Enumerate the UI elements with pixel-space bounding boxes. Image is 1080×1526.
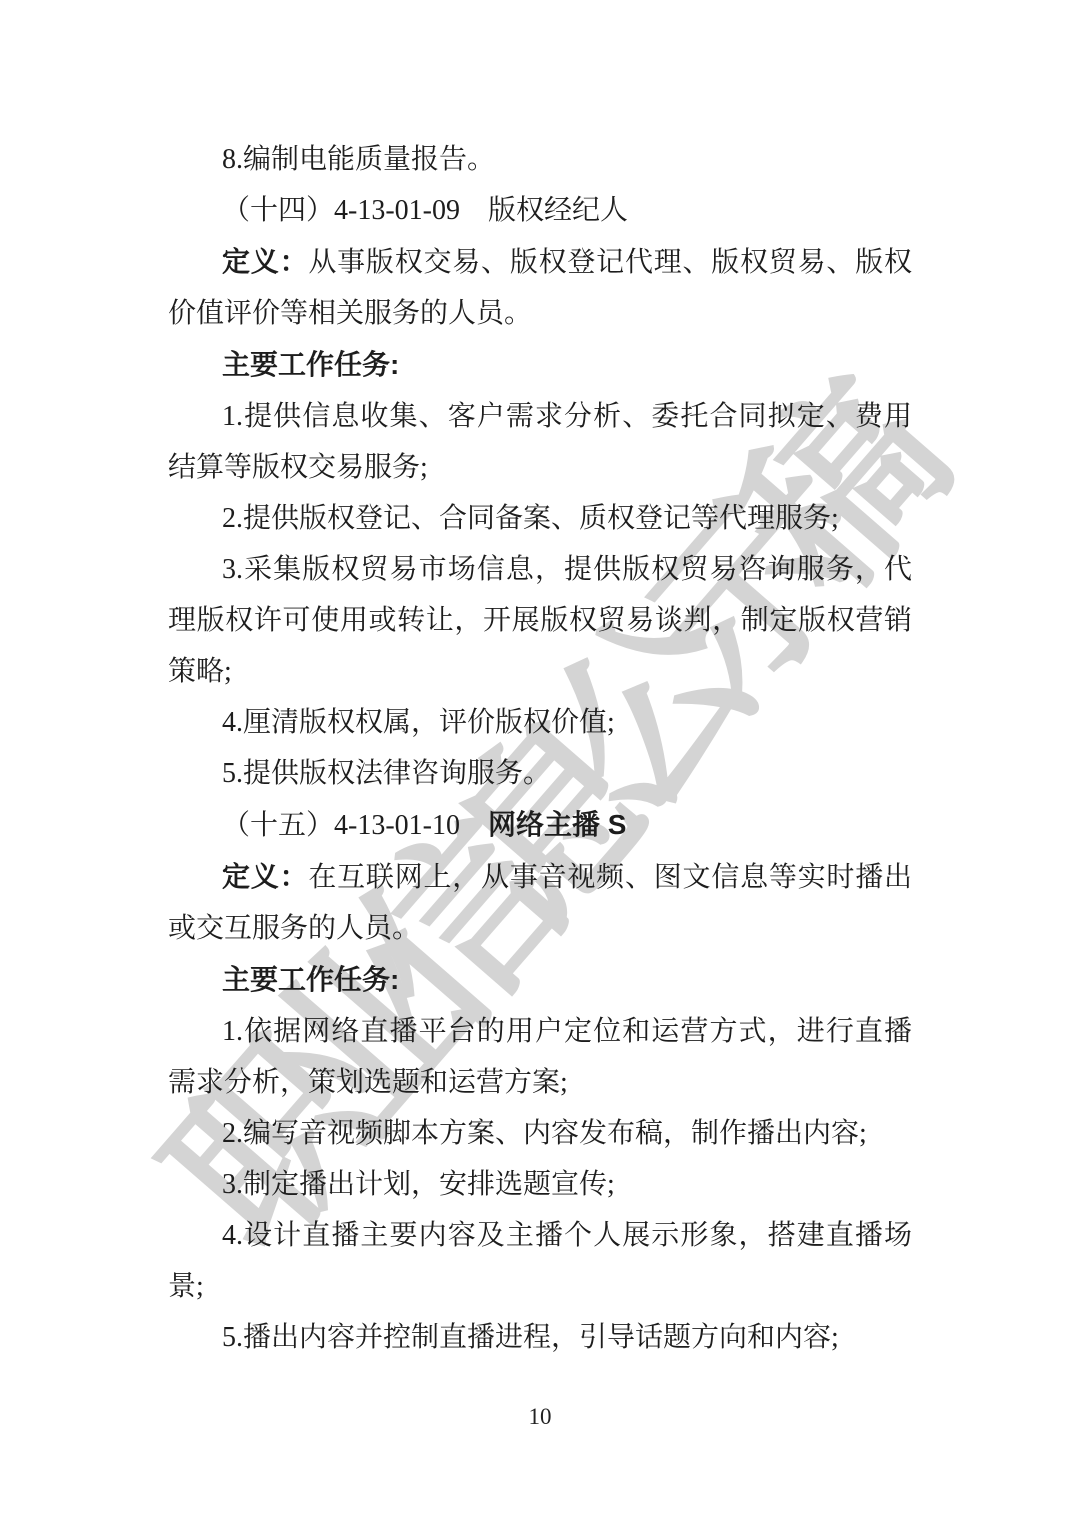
- definition-line: 价值评价等相关服务的人员。: [168, 288, 912, 339]
- line-text: 1.提供信息收集、客户需求分析、委托合同拟定、费用: [222, 401, 912, 432]
- task-item-line: 3.采集版权贸易市场信息，提供版权贸易咨询服务，代: [168, 544, 912, 595]
- task-item-line: 策略;: [168, 646, 912, 697]
- task-item-line: 1.依据网络直播平台的用户定位和运营方式，进行直播: [168, 1006, 912, 1057]
- line-text: 4.厘清版权权属，评价版权价值;: [222, 707, 615, 738]
- page-number: 10: [0, 1404, 1080, 1430]
- line-text: 需求分析，策划选题和运营方案;: [168, 1067, 568, 1098]
- definition-line: 定义：从事版权交易、版权登记代理、版权贸易、版权: [168, 236, 912, 288]
- section-heading-15: （十五）4-13-01-10 网络主播 S: [168, 799, 912, 851]
- task-item-line: 5.提供版权法律咨询服务。: [168, 748, 912, 799]
- occupation-name-label: 网络主播 S: [488, 809, 626, 840]
- section-heading-14: （十四）4-13-01-09 版权经纪人: [168, 185, 912, 236]
- task-item-line: 5.播出内容并控制直播进程，引导话题方向和内容;: [168, 1312, 912, 1363]
- task-item-line: 需求分析，策划选题和运营方案;: [168, 1057, 912, 1108]
- task-item-line: 4.厘清版权权属，评价版权价值;: [168, 697, 912, 748]
- task-item-line: 2.提供版权登记、合同备案、质权登记等代理服务;: [168, 493, 912, 544]
- tasks-heading: 主要工作任务:: [168, 339, 912, 391]
- line-text: 价值评价等相关服务的人员。: [168, 298, 532, 329]
- line-text: 在互联网上，从事音视频、图文信息等实时播出: [308, 862, 912, 893]
- line-text: 2.提供版权登记、合同备案、质权登记等代理服务;: [222, 503, 839, 534]
- definition-line: 或交互服务的人员。: [168, 903, 912, 954]
- task-item-line: 2.编写音视频脚本方案、内容发布稿，制作播出内容;: [168, 1108, 912, 1159]
- line-text: 5.提供版权法律咨询服务。: [222, 758, 551, 789]
- tasks-heading-label: 主要工作任务:: [222, 964, 399, 995]
- task-item-line: 景;: [168, 1261, 912, 1312]
- line-text: 8.编制电能质量报告。: [222, 144, 495, 175]
- line-text: （十四）4-13-01-09 版权经纪人: [222, 195, 628, 226]
- definition-label: 定义：: [222, 861, 308, 892]
- line-text: 5.播出内容并控制直播进程，引导话题方向和内容;: [222, 1322, 839, 1353]
- document-page: 职业信息公示稿 8.编制电能质量报告。 （十四）4-13-01-09 版权经纪人…: [0, 0, 1080, 1526]
- tasks-heading: 主要工作任务:: [168, 954, 912, 1006]
- task-item-line: 理版权许可使用或转让，开展版权贸易谈判，制定版权营销: [168, 595, 912, 646]
- line-text: 3.采集版权贸易市场信息，提供版权贸易咨询服务，代: [222, 554, 912, 585]
- line-text: （十五）4-13-01-10: [222, 810, 488, 841]
- line-text: 策略;: [168, 656, 232, 687]
- line-text: 1.依据网络直播平台的用户定位和运营方式，进行直播: [222, 1016, 912, 1047]
- line-text: 3.制定播出计划，安排选题宣传;: [222, 1169, 615, 1200]
- line-text: 或交互服务的人员。: [168, 913, 420, 944]
- line-text: 景;: [168, 1271, 204, 1302]
- line-text: 结算等版权交易服务;: [168, 452, 428, 483]
- task-item-line: 4.设计直播主要内容及主播个人展示形象，搭建直播场: [168, 1210, 912, 1261]
- definition-line: 定义：在互联网上，从事音视频、图文信息等实时播出: [168, 851, 912, 903]
- task-item-line: 结算等版权交易服务;: [168, 442, 912, 493]
- task-item-line: 8.编制电能质量报告。: [168, 134, 912, 185]
- line-text: 2.编写音视频脚本方案、内容发布稿，制作播出内容;: [222, 1118, 867, 1149]
- line-text: 从事版权交易、版权登记代理、版权贸易、版权: [308, 247, 912, 278]
- task-item-line: 1.提供信息收集、客户需求分析、委托合同拟定、费用: [168, 391, 912, 442]
- line-text: 4.设计直播主要内容及主播个人展示形象，搭建直播场: [222, 1220, 912, 1251]
- line-text: 理版权许可使用或转让，开展版权贸易谈判，制定版权营销: [168, 605, 912, 636]
- definition-label: 定义：: [222, 246, 308, 277]
- tasks-heading-label: 主要工作任务:: [222, 349, 399, 380]
- document-content: 8.编制电能质量报告。 （十四）4-13-01-09 版权经纪人 定义：从事版权…: [168, 134, 912, 1363]
- task-item-line: 3.制定播出计划，安排选题宣传;: [168, 1159, 912, 1210]
